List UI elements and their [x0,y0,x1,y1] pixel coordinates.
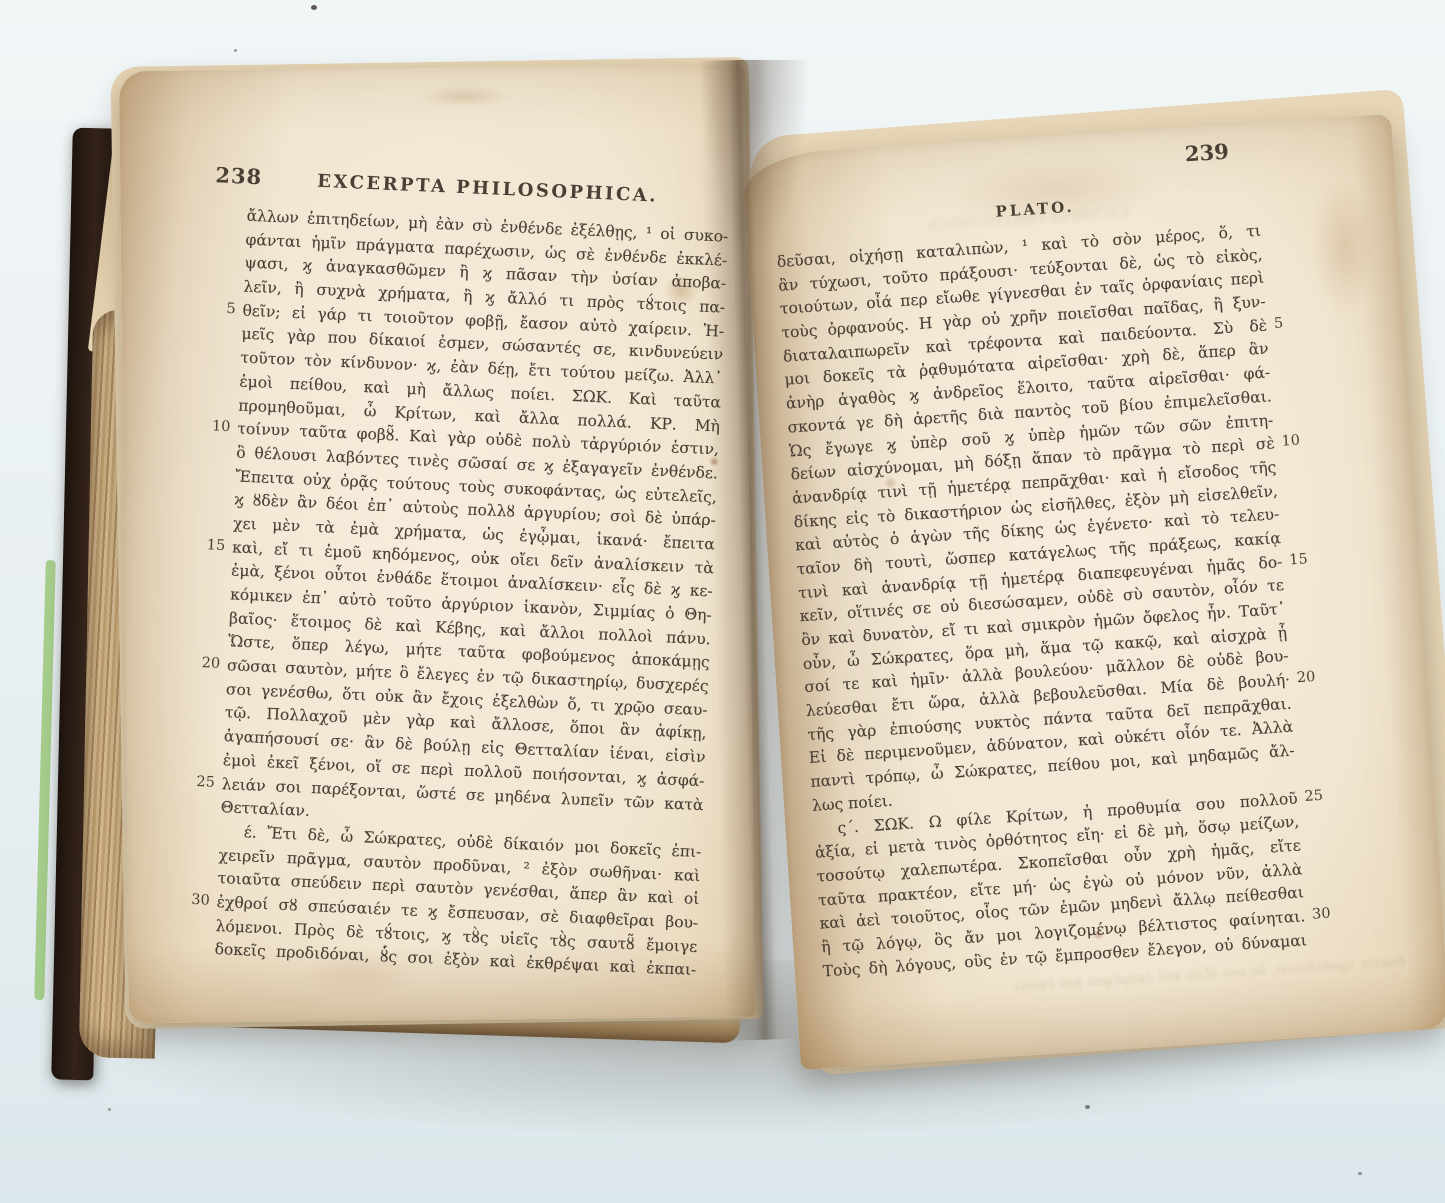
margin-line-number [196,606,230,631]
margin-line-number [1292,714,1330,740]
margin-line-number: 30 [183,890,217,915]
margin-line-number [193,677,227,702]
margin-line-number [213,203,247,228]
green-cloth-sliver [34,560,56,1000]
margin-line-number [1285,596,1323,622]
margin-line-number: 10 [204,416,238,441]
margin-line-number [1294,737,1332,763]
margin-line-number [201,487,235,512]
margin-line-number [1283,572,1321,598]
margin-line-number: 20 [194,653,228,678]
margin-line-number [197,582,231,607]
margin-line-number [1298,808,1336,834]
margin-line-number [207,345,241,370]
dust-speck [234,49,237,52]
margin-line-number [189,748,223,773]
margin-line-number [200,511,234,536]
margin-line-number [1295,761,1333,787]
margin-line-number [1301,856,1339,882]
margin-line-number [1280,525,1318,551]
right-page-lines: δεῦσαι, οἰχήσῃ καταλιπὼν, ¹ καὶ τὸ σὸν μ… [776,217,1344,983]
margin-line-number [210,274,244,299]
margin-line-number [191,700,225,725]
margin-line-number [212,227,246,252]
margin-line-number: 25 [1297,785,1335,811]
margin-line-number: 20 [1289,666,1327,692]
margin-line-number [211,251,245,276]
margin-line-number [198,558,232,583]
left-page: 238 EXCERPTA PHILOSOPHICA. ἄλλων ἐπιτηδε… [119,65,755,1024]
margin-line-number [195,629,229,654]
dust-speck [1085,1105,1090,1109]
right-page: 239 PLATO. EXCERPTA PHILOSOPHICA. δεῦσαι… [742,114,1445,1070]
margin-line-number [1277,477,1315,503]
right-page-text-block: 239 PLATO. EXCERPTA PHILOSOPHICA. δεῦσαι… [771,134,1346,999]
margin-line-number [1300,832,1338,858]
margin-line-number [190,724,224,749]
photo-of-open-book: 238 EXCERPTA PHILOSOPHICA. ἄλλων ἐπιτηδε… [0,0,1445,1203]
left-page-text-block: 238 EXCERPTA PHILOSOPHICA. ἄλλων ἐπιτηδε… [181,162,730,983]
margin-line-number [1269,359,1307,385]
margin-line-number [185,842,219,867]
dust-speck [311,5,317,10]
margin-line-number: 30 [1305,903,1343,929]
margin-line-number [186,819,220,844]
margin-line-number [1262,241,1300,267]
dust-speck [1358,1172,1362,1175]
margin-line-number: 15 [199,535,233,560]
margin-line-number [1286,619,1324,645]
stain [419,85,509,108]
margin-line-number [187,795,221,820]
margin-line-number [208,322,242,347]
margin-line-number [1260,217,1298,243]
margin-line-number [184,866,218,891]
margin-line-number: 25 [188,771,222,796]
margin-line-number [1275,454,1313,480]
stain [1305,175,1384,319]
margin-line-number: 5 [209,298,243,323]
margin-line-number [1306,926,1344,952]
margin-line-number [1263,265,1301,291]
margin-line-number [203,440,237,465]
margin-line-number [1268,335,1306,361]
margin-line-number [1271,383,1309,409]
left-running-title: EXCERPTA PHILOSOPHICA. [285,169,691,208]
margin-line-number [206,369,240,394]
margin-line-number [181,937,215,962]
margin-line-number: 5 [1266,312,1304,338]
left-page-number: 238 [215,162,286,190]
margin-line-number [1291,690,1329,716]
margin-line-number [202,464,236,489]
dust-speck [108,1108,111,1111]
margin-line-number [1303,879,1341,905]
margin-line-number [205,393,239,418]
margin-line-number [1265,288,1303,314]
margin-line-number: 10 [1274,430,1312,456]
margin-line-number [1288,643,1326,669]
left-page-header: 238 EXCERPTA PHILOSOPHICA. [215,162,731,209]
margin-line-number [1279,501,1317,527]
margin-line-number: 15 [1282,548,1320,574]
margin-line-number [1272,406,1310,432]
margin-line-number [182,913,216,938]
left-page-lines: ἄλλων ἐπιτηδείων, μὴ ἐὰν σὺ ἐνθένδε ἐξέλ… [181,203,729,983]
